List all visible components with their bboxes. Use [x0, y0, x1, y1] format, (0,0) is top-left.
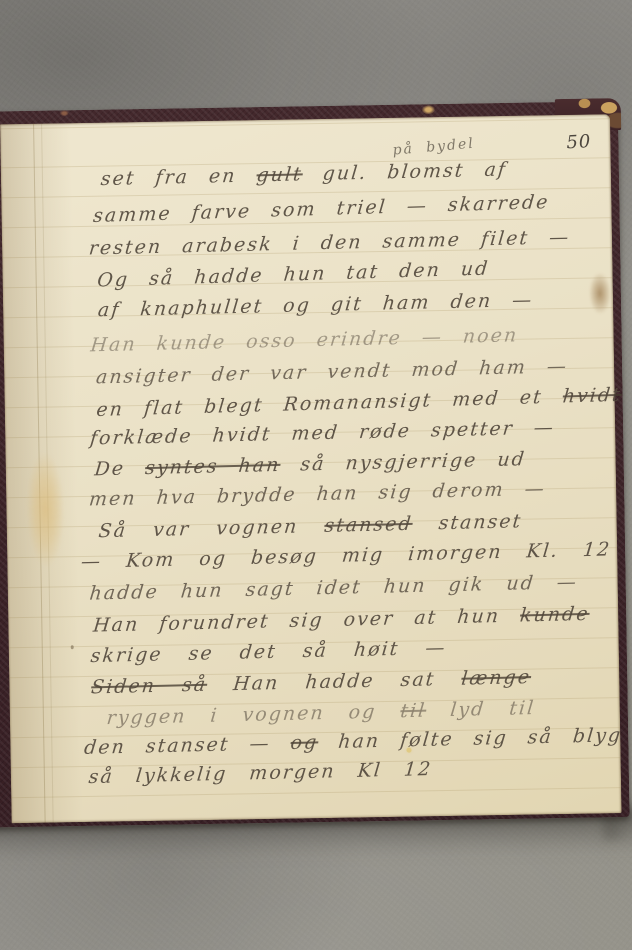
manuscript-line: Og så hadde hun tat den ud [96, 257, 490, 291]
manuscript-line: så lykkelig morgen Kl 12 [88, 758, 434, 788]
manuscript-line: set fra en gult gul. blomst af [100, 158, 508, 190]
manuscript-line: ansigter der var vendt mod ham — [95, 355, 569, 388]
manuscript-line: en flat blegt Romanansigt med et hvidt [95, 384, 622, 421]
manuscript-line: De syntes han så nysgjerrige ud [94, 448, 527, 480]
manuscript-line: Siden så Han hadde sat længe [90, 666, 532, 698]
manuscript-line: skrige se det så høit — [90, 637, 448, 667]
cover-worn-spot-left [60, 110, 69, 116]
struck-word: gult [255, 163, 303, 186]
manuscript-line: af knaphullet og git ham den — [97, 289, 534, 321]
manuscript-line: men hva brydde han sig derom — [88, 478, 547, 511]
manuscript-line: hadde hun sagt idet hun gik ud — [89, 571, 579, 605]
struck-word: hvidt [562, 384, 623, 408]
struck-word: syntes han [144, 454, 281, 479]
struck-word: kunde [519, 603, 591, 627]
struck-word: Siden så [90, 674, 208, 699]
struck-word: og [290, 731, 320, 754]
manuscript-line: Så var vognen stansed stanset [98, 510, 524, 542]
struck-word: til [399, 700, 427, 723]
manuscript-page: 50 på bydel set fra en gult gul. blomst … [0, 114, 622, 823]
manuscript-line: Han kunde osso erindre — noen [89, 324, 519, 356]
cover-worn-spot [422, 105, 435, 114]
manuscript-line: — Kom og besøg mig imorgen Kl. 12 [80, 538, 612, 573]
manuscript-line: ryggen i vognen og til lyd til [106, 697, 537, 729]
struck-word: længe [460, 666, 532, 690]
notebook: 50 på bydel set fra en gult gul. blomst … [0, 101, 630, 828]
manuscript-line: samme farve som triel — skarrede [92, 191, 550, 227]
manuscript-text: set fra en gult gul. blomst afsamme farv… [0, 114, 622, 823]
manuscript-line: Han forundret sig over at hun kunde [92, 603, 591, 637]
manuscript-line: den stanset — og han følte sig så blyg [83, 724, 623, 759]
manuscript-line: resten arabesk i den samme filet — [88, 226, 571, 259]
manuscript-line: forklæde hvidt med røde spetter — [89, 417, 556, 450]
struck-word: stansed [323, 513, 413, 537]
